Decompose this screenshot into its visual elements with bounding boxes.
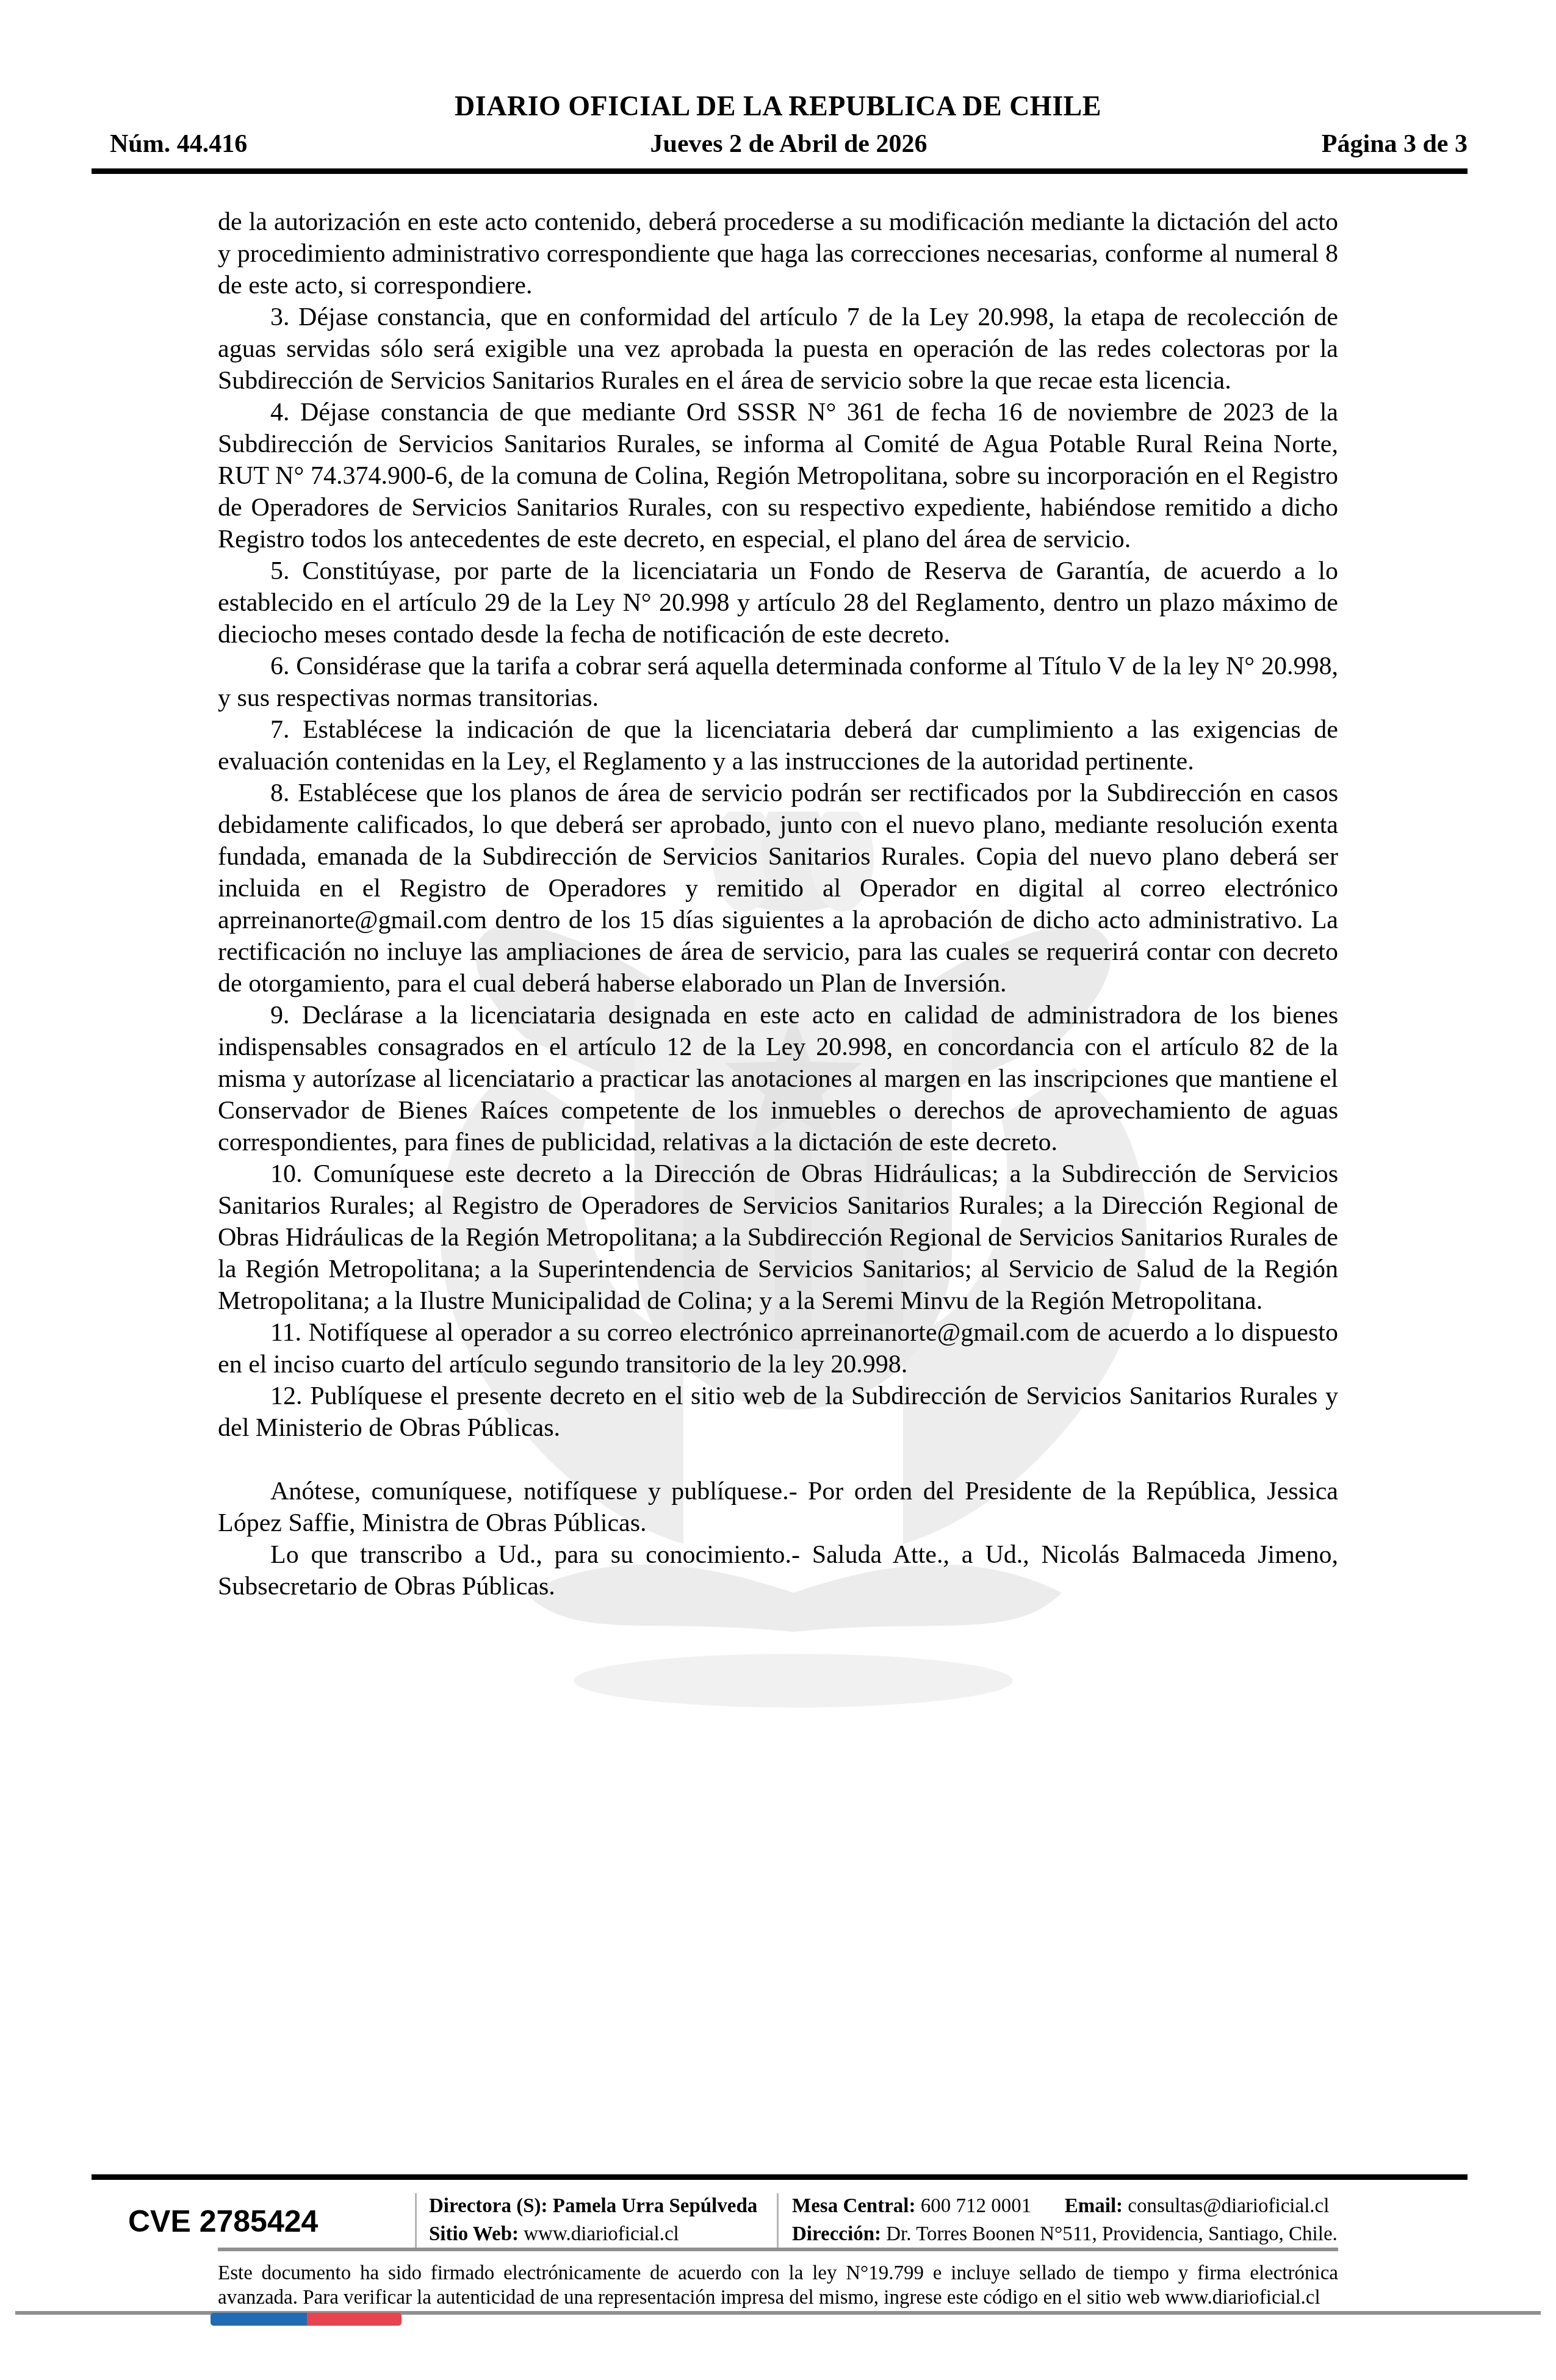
footer-separator-rule [218,2248,1338,2251]
closing-paragraph: Lo que transcribo a Ud., para su conocim… [218,1539,1338,1603]
address-value: Dr. Torres Boonen N°511, Providencia, Sa… [886,2223,1338,2245]
body-paragraph: 7. Establécese la indicación de que la l… [218,714,1338,777]
document-page: DIARIO OFICIAL DE LA REPUBLICA DE CHILE … [0,0,1556,2380]
phone-email-line: Mesa Central: 600 712 0001 Email: consul… [792,2192,1428,2220]
body-paragraph: 6. Considérase que la tarifa a cobrar se… [218,651,1338,714]
email-label: Email: [1065,2195,1123,2217]
body-paragraph: 12. Publíquese el presente decreto en el… [218,1380,1338,1444]
phone-value: 600 712 0001 [921,2195,1032,2217]
closing-gap [218,1444,1338,1476]
flag-blue-segment [211,2313,307,2326]
decree-body: de la autorización en este acto contenid… [218,206,1338,1603]
chile-flag-bar [211,2313,402,2326]
issue-number: Núm. 44.416 [92,131,650,157]
masthead-title: DIARIO OFICIAL DE LA REPUBLICA DE CHILE [0,92,1556,121]
director-value: Pamela Urra Sepúlveda [553,2195,757,2217]
issue-date: Jueves 2 de Abril de 2026 [650,131,927,157]
body-paragraph: 5. Constitúyase, por parte de la licenci… [218,555,1338,651]
body-paragraph: 9. Declárase a la licenciataria designad… [218,1000,1338,1158]
address-line: Dirección: Dr. Torres Boonen N°511, Prov… [792,2220,1428,2248]
footer-column-contact: Mesa Central: 600 712 0001 Email: consul… [779,2192,1428,2251]
body-paragraph: de la autorización en este acto contenid… [218,206,1338,301]
body-paragraph: 4. Déjase constancia de que mediante Ord… [218,397,1338,555]
page-header: DIARIO OFICIAL DE LA REPUBLICA DE CHILE … [0,0,1556,174]
signature-disclaimer: Este documento ha sido firmado electróni… [218,2261,1338,2310]
cve-code: CVE 2785424 [128,2207,318,2235]
footer-rule [92,2174,1468,2180]
address-label: Dirección: [792,2223,881,2245]
header-meta-row: Núm. 44.416 Jueves 2 de Abril de 2026 Pá… [92,131,1468,157]
body-paragraph: 8. Establécese que los planos de área de… [218,777,1338,1000]
body-paragraph: 3. Déjase constancia, que en conformidad… [218,301,1338,397]
closing-paragraph: Anótese, comuníquese, notifíquese y publ… [218,1476,1338,1539]
footer-column-director: Directora (S): Pamela Urra Sepúlveda Sit… [417,2192,777,2251]
website-value: www.diarioficial.cl [524,2223,679,2245]
page-indicator: Página 3 de 3 [927,131,1468,157]
director-line: Directora (S): Pamela Urra Sepúlveda [429,2192,777,2220]
body-paragraph: 10. Comuníquese este decreto a la Direcc… [218,1158,1338,1317]
email-value: consultas@diarioficial.cl [1128,2195,1329,2217]
phone-label: Mesa Central: [792,2195,916,2217]
website-label: Sitio Web: [429,2223,519,2245]
flag-red-segment [307,2313,402,2326]
header-rule [92,168,1468,174]
director-label: Directora (S): [429,2195,548,2217]
body-paragraph: 11. Notifíquese al operador a su correo … [218,1317,1338,1380]
website-line: Sitio Web: www.diarioficial.cl [429,2220,777,2248]
cve-box: CVE 2785424 [128,2192,415,2251]
footer-info-row: CVE 2785424 Directora (S): Pamela Urra S… [128,2192,1428,2251]
